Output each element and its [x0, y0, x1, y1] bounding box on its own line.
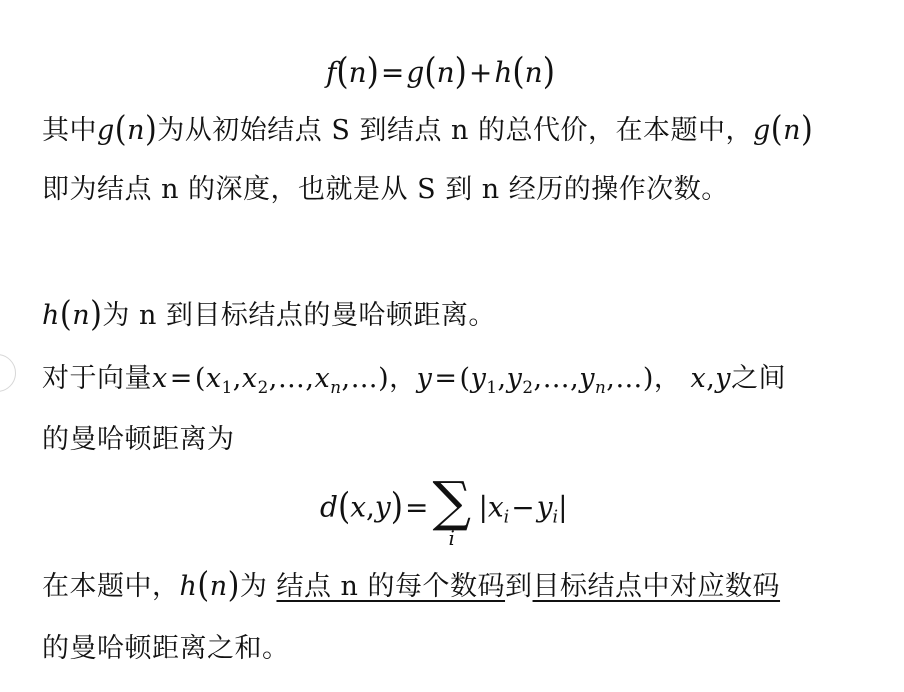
- document-page: f(n)=g(n)+h(n) 其中g(n)为从初始结点 S 到结点 n 的总代价…: [0, 0, 904, 692]
- separator: ，: [654, 363, 682, 394]
- abs-bar: |: [478, 491, 487, 524]
- equals-sign: =: [170, 363, 193, 394]
- side-collapse-handle[interactable]: [0, 354, 16, 392]
- symbol-n: n: [783, 115, 801, 146]
- symbol-g: g: [406, 56, 424, 89]
- comma: ,: [534, 363, 543, 394]
- symbol-x: x: [488, 491, 504, 524]
- paren-open: (: [460, 363, 471, 394]
- underlined-text: 结点 n 的每个数码: [276, 571, 505, 602]
- subscript: n: [595, 377, 606, 397]
- equals-sign: =: [405, 491, 428, 524]
- paragraph-vector-definition-line2: 的曼哈顿距离为: [42, 422, 235, 458]
- subscript: 2: [258, 377, 269, 397]
- comma: ,: [497, 363, 506, 394]
- text: 为 n 到目标结点的曼哈顿距离。: [102, 300, 496, 331]
- text: 之间: [731, 363, 786, 394]
- symbol-y: y: [417, 363, 433, 394]
- symbol-y: y: [537, 491, 553, 524]
- paragraph-h-in-problem-line2: 的曼哈顿距离之和。: [42, 631, 290, 667]
- symbol-f: f: [326, 56, 336, 89]
- paragraph-g-definition-line1: 其中g(n)为从初始结点 S 到结点 n 的总代价，在本题中，g(n): [42, 112, 813, 149]
- subscript: n: [330, 377, 341, 397]
- paragraph-g-definition-line2: 即为结点 n 的深度，也就是从 S 到 n 经历的操作次数。: [42, 172, 729, 208]
- subscript: 2: [522, 377, 533, 397]
- symbol-x: x: [152, 363, 168, 394]
- text: 为从初始结点 S 到结点 n 的总代价，在本题中，: [157, 115, 753, 146]
- symbol-x: x: [314, 363, 330, 394]
- symbol-n: n: [210, 571, 228, 602]
- paragraph-h-definition: h(n)为 n 到目标结点的曼哈顿距离。: [42, 297, 496, 334]
- minus-sign: −: [511, 491, 534, 524]
- paragraph-h-in-problem-line1: 在本题中，h(n)为 结点 n 的每个数码到目标结点中对应数码: [42, 568, 780, 605]
- comma: ,: [606, 363, 615, 394]
- formula-manhattan-distance: d(x,y)=∑i|xi−yi|: [320, 474, 568, 554]
- paren-open: (: [195, 363, 206, 394]
- ellipsis: …: [543, 363, 571, 394]
- comma: ,: [706, 363, 715, 394]
- symbol-d: d: [320, 491, 338, 524]
- text: 到: [505, 571, 533, 602]
- symbol-n: n: [525, 56, 543, 89]
- symbol-n: n: [127, 115, 145, 146]
- paren-close: ): [378, 363, 389, 394]
- summation: ∑i: [432, 474, 476, 544]
- text: 对于向量: [42, 363, 152, 394]
- comma: ,: [570, 363, 579, 394]
- underlined-text: 目标结点中对应数码: [533, 571, 781, 602]
- symbol-y: y: [715, 363, 731, 394]
- summation-index: i: [448, 528, 454, 548]
- text: 为: [240, 571, 277, 602]
- text: 在本题中，: [42, 571, 180, 602]
- symbol-x: x: [206, 363, 222, 394]
- symbol-x: x: [350, 491, 366, 524]
- subscript: 1: [222, 377, 233, 397]
- symbol-n: n: [72, 300, 90, 331]
- subscript: 1: [486, 377, 497, 397]
- text: 其中: [42, 115, 97, 146]
- symbol-g: g: [97, 115, 115, 146]
- symbol-g: g: [753, 115, 771, 146]
- symbol-n: n: [437, 56, 455, 89]
- paren-close: ): [643, 363, 654, 394]
- ellipsis: …: [351, 363, 379, 394]
- comma: ,: [269, 363, 278, 394]
- symbol-y: y: [579, 363, 595, 394]
- equals-sign: =: [434, 363, 457, 394]
- symbol-x: x: [690, 363, 706, 394]
- comma: ,: [341, 363, 350, 394]
- equals-sign: =: [381, 56, 404, 89]
- separator: ，: [389, 363, 417, 394]
- symbol-h: h: [180, 571, 198, 602]
- paragraph-vector-definition-line1: 对于向量x=(x1,x2,…,xn,…)，y=(y1,y2,…,yn,…)， x…: [42, 361, 786, 397]
- formula-f-equals-g-plus-h: f(n)=g(n)+h(n): [326, 52, 555, 93]
- symbol-y: y: [471, 363, 487, 394]
- ellipsis: …: [615, 363, 643, 394]
- symbol-n: n: [349, 56, 367, 89]
- ellipsis: …: [278, 363, 306, 394]
- symbol-x: x: [242, 363, 258, 394]
- subscript: i: [504, 508, 510, 528]
- abs-bar: |: [558, 491, 567, 524]
- sigma-symbol: ∑: [432, 472, 471, 532]
- comma: ,: [233, 363, 242, 394]
- symbol-h: h: [42, 300, 60, 331]
- symbol-y: y: [507, 363, 523, 394]
- symbol-y: y: [375, 491, 391, 524]
- plus-sign: +: [469, 56, 492, 89]
- symbol-h: h: [494, 56, 512, 89]
